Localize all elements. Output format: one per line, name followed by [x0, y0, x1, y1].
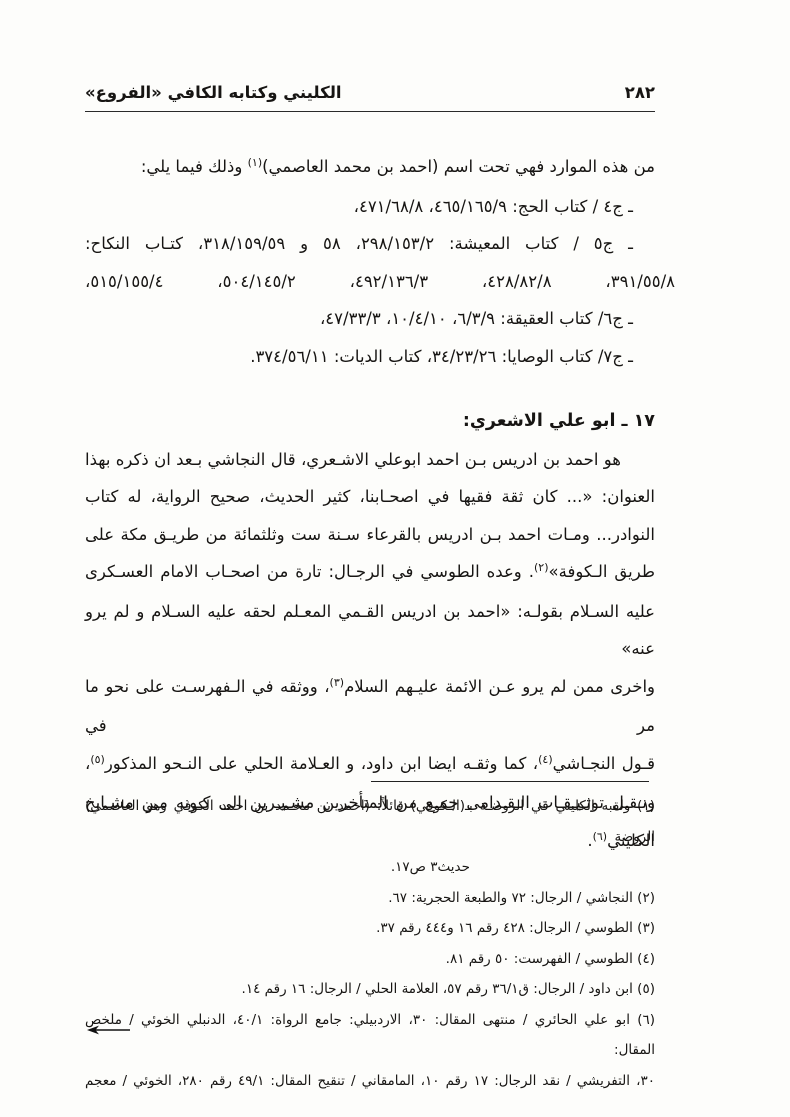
- text-line: عليه السـلام بقولـه: «احمد بن ادريس القـ…: [85, 593, 655, 668]
- footnote-ref: (٤): [538, 753, 553, 766]
- text-segment: ـ ج٤ / كتاب الحج: ٤٦٥/١٦٥/٩، ٤٧١/٦٨/٨،: [354, 197, 633, 216]
- footnote-6: (٦) ابو علي الحائري / منتهى المقال: ٣٠، …: [85, 1005, 655, 1066]
- text-segment: (٤) الطوسي / الفهرست: ٥٠ رقم ٨١.: [446, 951, 655, 967]
- header-rule: [85, 111, 655, 112]
- text-segment: النوادر... ومـات احمد بـن ادريس بالقرعاء…: [85, 525, 655, 544]
- text-segment: ٣٩١/٥٥/٨، ٤٢٨/٨٢/٨، ٤٩٢/١٣٦/٣، ٥٠٤/١٤٥/٢…: [85, 272, 675, 291]
- citation-line-vol7: ـ ج٧/ كتاب الوصايا: ٣٤/٢٣/٢٦، كتاب الديا…: [85, 338, 655, 376]
- text-segment: طريق الـكوفة»: [549, 562, 655, 581]
- text-segment: (٦) ابو علي الحائري / منتهى المقال: ٣٠، …: [85, 1012, 655, 1059]
- text-segment: . وعده الطوسي في الرجـال: تارة من اصحـاب…: [85, 562, 534, 581]
- body-text: من هذه الموارد فهي تحت اسم (احمد بن محمد…: [85, 148, 655, 861]
- text-line: العنوان: «... كان ثقة فقيها في اصحـابنا،…: [85, 478, 655, 516]
- footnote-2: (٢) النجاشي / الرجال: ٧٢ والطبعة الحجرية…: [85, 883, 655, 914]
- footnote-3: (٣) الطوسي / الرجال: ٤٢٨ رقم ١٦ و٤٤٤ رقم…: [85, 913, 655, 944]
- text-segment: (٢) النجاشي / الرجال: ٧٢ والطبعة الحجرية…: [388, 890, 655, 906]
- footnote-ref: (٣): [330, 676, 345, 689]
- text-segment: هو احمد بن ادريس بـن احمد ابوعلي الاشـعر…: [85, 450, 621, 469]
- footnote-1: (١) ولقبه الكليني في الروضـة بـ(الـكوفي)…: [85, 791, 655, 852]
- book-page: ٢٨٢ الكليني وكتابه الكافي «الفروع» من هذ…: [0, 0, 790, 1117]
- intro-line: من هذه الموارد فهي تحت اسم (احمد بن محمد…: [85, 148, 655, 188]
- footnote-6-cont: ٣٠، التفريشي / نقد الرجال: ١٧ رقم ١٠، ال…: [85, 1066, 655, 1097]
- page-header: ٢٨٢ الكليني وكتابه الكافي «الفروع»: [85, 80, 655, 106]
- text-line: قـول النجـاشي(٤)، كما وثقـه ايضا ابن داو…: [85, 745, 655, 785]
- text-segment: ـ ج٧/ كتاب الوصايا: ٣٤/٢٣/٢٦، كتاب الديا…: [250, 347, 633, 366]
- footnote-5: (٥) ابن داود / الرجال: ق٣٦/١ رقم ٥٧، الع…: [85, 974, 655, 1005]
- text-segment: عليه السـلام بقولـه: «احمد بن ادريس القـ…: [85, 602, 655, 659]
- footnote-1-cont: حديث٣ ص١٧.: [85, 852, 655, 883]
- text-segment: واخرى ممن لم يرو عـن الائمة عليـهم السلا…: [344, 677, 655, 696]
- text-segment: (٥) ابن داود / الرجال: ق٣٦/١ رقم ٥٧، الع…: [242, 981, 655, 997]
- section-heading: ١٧ ـ ابو علي الاشعري:: [85, 403, 655, 441]
- text-segment: (١) ولقبه الكليني في الروضـة بـ(الـكوفي)…: [85, 798, 655, 845]
- citation-line-vol4: ـ ج٤ / كتاب الحج: ٤٦٥/١٦٥/٩، ٤٧١/٦٨/٨،: [85, 188, 655, 226]
- citation-line-vol6: ـ ج٦/ كتاب العقيقة: ٦/٣/٩، ١٠/٤/١٠، ٤٧/٣…: [85, 300, 655, 338]
- text-segment: ـ ج٥ / كتاب المعيشة: ٢٩٨/١٥٣/٢، ٥٨ و ٣١٨…: [85, 234, 633, 253]
- text-line: النوادر... ومـات احمد بـن ادريس بالقرعاء…: [85, 516, 655, 554]
- footnotes: (١) ولقبه الكليني في الروضـة بـ(الـكوفي)…: [85, 791, 655, 1096]
- footnote-ref: (١): [248, 156, 263, 169]
- text-segment: ٣٠، التفريشي / نقد الرجال: ١٧ رقم ١٠، ال…: [85, 1073, 655, 1089]
- text-line: واخرى ممن لم يرو عـن الائمة عليـهم السلا…: [85, 668, 655, 745]
- text-segment: (٣) الطوسي / الرجال: ٤٢٨ رقم ١٦ و٤٤٤ رقم…: [376, 920, 655, 936]
- footnote-4: (٤) الطوسي / الفهرست: ٥٠ رقم ٨١.: [85, 944, 655, 975]
- text-segment: ، كما وثقـه ايضا ابن داود، و العـلامة ال…: [105, 754, 538, 773]
- footnote-ref: (٥): [90, 753, 105, 766]
- text-segment: العنوان: «... كان ثقة فقيها في اصحـابنا،…: [85, 487, 655, 506]
- text-line: هو احمد بن ادريس بـن احمد ابوعلي الاشـعر…: [85, 441, 655, 479]
- text-segment: ١٧ ـ ابو علي الاشعري:: [463, 411, 655, 431]
- text-segment: حديث٣ ص١٧.: [391, 859, 470, 875]
- text-frame: ٢٨٢ الكليني وكتابه الكافي «الفروع» من هذ…: [85, 0, 655, 1117]
- text-segment: وذلك فيما يلي:: [141, 157, 248, 176]
- text-line: طريق الـكوفة»(٢). وعده الطوسي في الرجـال…: [85, 553, 655, 593]
- running-title: الكليني وكتابه الكافي «الفروع»: [85, 80, 342, 106]
- continuation-arrow-icon: [85, 1022, 131, 1036]
- footnote-ref: (٢): [534, 561, 549, 574]
- text-segment: ـ ج٦/ كتاب العقيقة: ٦/٣/٩، ١٠/٤/١٠، ٤٧/٣…: [320, 309, 633, 328]
- footnote-separator: [371, 781, 649, 782]
- citation-line-vol5: ـ ج٥ / كتاب المعيشة: ٢٩٨/١٥٣/٢، ٥٨ و ٣١٨…: [85, 225, 655, 263]
- page-number: ٢٨٢: [625, 80, 655, 106]
- text-segment: من هذه الموارد فهي تحت اسم (احمد بن محمد…: [262, 157, 655, 176]
- citation-line-vol5-cont: ٣٩١/٥٥/٨، ٤٢٨/٨٢/٨، ٤٩٢/١٣٦/٣، ٥٠٤/١٤٥/٢…: [85, 263, 675, 301]
- text-segment: قـول النجـاشي: [553, 754, 655, 773]
